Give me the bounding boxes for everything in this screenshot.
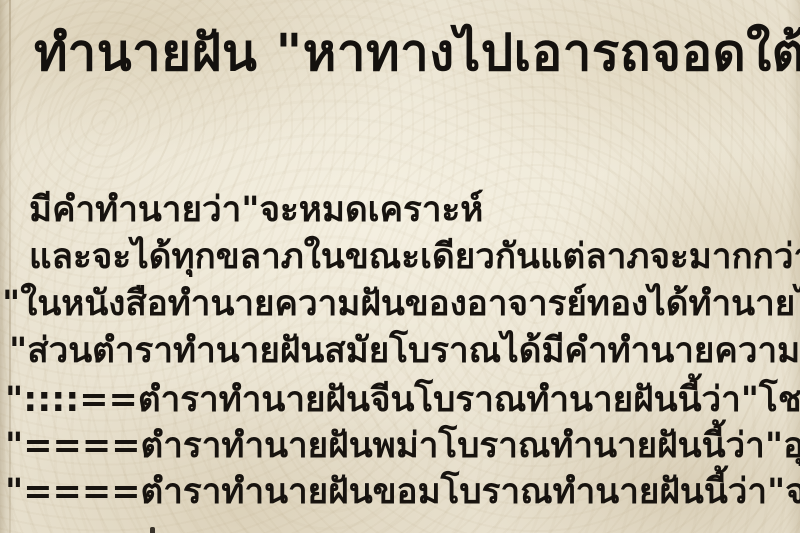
- body-line: "ในหนังสือทำนายความฝันของอาจารย์ทองได้ทำ…: [2, 276, 800, 324]
- page-title: ทำนายฝัน "หาทางไปเอารถจอดใต้ดินชั้น14: [34, 12, 800, 93]
- dream-interpretation-image: ทำนายฝัน "หาทางไปเอารถจอดใต้ดินชั้น14 มี…: [0, 0, 800, 533]
- clipped-next-line-mark: [150, 527, 155, 533]
- body-line: "::::==ตำราทำนายฝันจีนโบราณทำนายฝันนี้ว่…: [5, 372, 800, 420]
- body-line: มีคำทำนายว่า"จะหมดเคราะห์: [29, 182, 800, 230]
- body-line: และจะได้ทุกขลาภในขณะเดียวกันแต่ลาภจะมากก…: [29, 229, 800, 277]
- body-line: "ส่วนตำราทำนายฝันสมัยโบราณได้มีคำทำนายคว…: [9, 323, 800, 371]
- body-line: "====ตำราทำนายฝันพม่าโบราณทำนายฝันนี้ว่า…: [5, 418, 800, 466]
- body-line: "====ตำราทำนายฝันขอมโบราณทำนายฝันนี้ว่า"…: [5, 464, 800, 512]
